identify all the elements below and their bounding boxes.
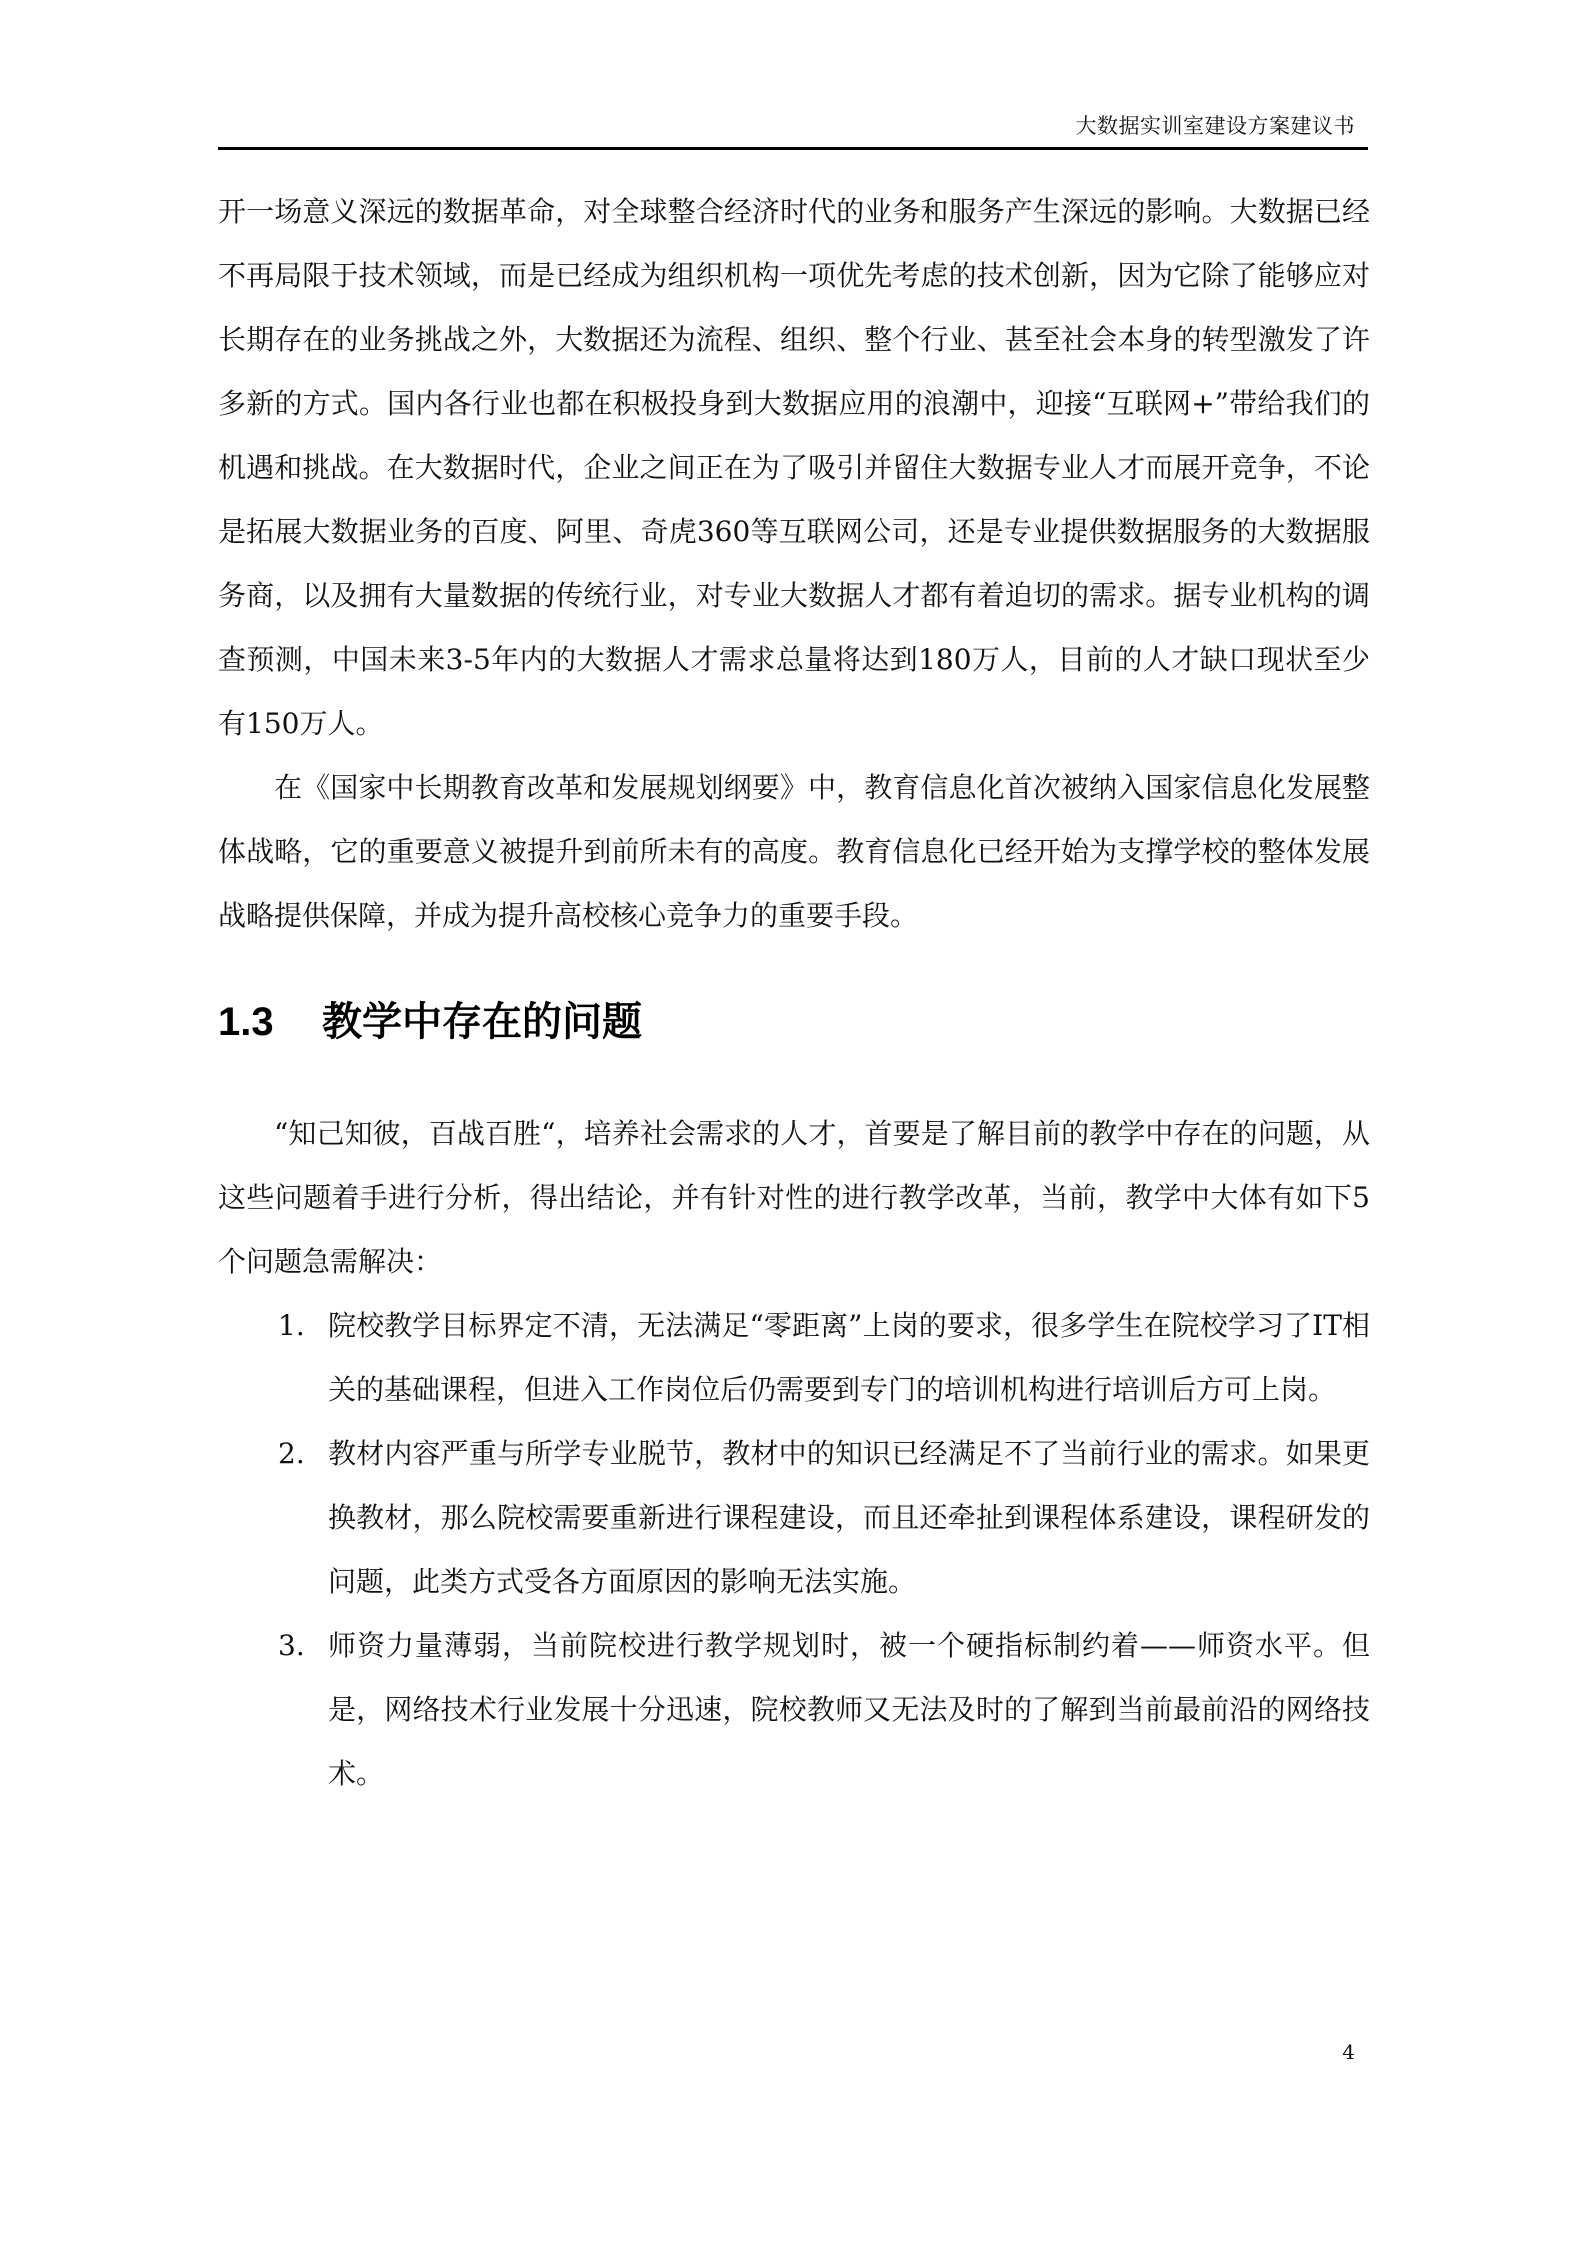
list-item-text: 师资力量薄弱，当前院校进行教学规划时，被一个硬指标制约着——师资水平。但是，网络… — [328, 1629, 1370, 1790]
list-item-text: 院校教学目标界定不清，无法满足“零距离”上岗的要求，很多学生在院校学习了IT相关… — [328, 1309, 1370, 1406]
list-item: 1. 院校教学目标界定不清，无法满足“零距离”上岗的要求，很多学生在院校学习了I… — [218, 1294, 1370, 1422]
section-number: 1.3 — [218, 992, 322, 1052]
body-paragraph: 开一场意义深远的数据革命，对全球整合经济时代的业务和服务产生深远的影响。大数据已… — [218, 180, 1370, 756]
list-item: 2. 教材内容严重与所学专业脱节，教材中的知识已经满足不了当前行业的需求。如果更… — [218, 1422, 1370, 1614]
page-number: 4 — [1342, 2040, 1355, 2064]
list-item-text: 教材内容严重与所学专业脱节，教材中的知识已经满足不了当前行业的需求。如果更换教材… — [328, 1437, 1370, 1598]
document-body: 开一场意义深远的数据革命，对全球整合经济时代的业务和服务产生深远的影响。大数据已… — [218, 180, 1370, 1806]
list-marker: 1. — [218, 1294, 318, 1358]
body-paragraph: 在《国家中长期教育改革和发展规划纲要》中，教育信息化首次被纳入国家信息化发展整体… — [218, 756, 1370, 948]
document-page: 大数据实训室建设方案建议书 开一场意义深远的数据革命，对全球整合经济时代的业务和… — [0, 0, 1587, 2245]
section-title: 教学中存在的问题 — [322, 1000, 642, 1044]
header-divider — [218, 147, 1368, 150]
problem-list: 1. 院校教学目标界定不清，无法满足“零距离”上岗的要求，很多学生在院校学习了I… — [218, 1294, 1370, 1806]
list-marker: 3. — [218, 1614, 318, 1678]
list-marker: 2. — [218, 1422, 318, 1486]
list-item: 3. 师资力量薄弱，当前院校进行教学规划时，被一个硬指标制约着——师资水平。但是… — [218, 1614, 1370, 1806]
section-heading: 1.3教学中存在的问题 — [218, 992, 1370, 1052]
body-paragraph: “知己知彼，百战百胜“，培养社会需求的人才，首要是了解目前的教学中存在的问题，从… — [218, 1102, 1370, 1294]
running-header-title: 大数据实训室建设方案建议书 — [1076, 110, 1356, 140]
